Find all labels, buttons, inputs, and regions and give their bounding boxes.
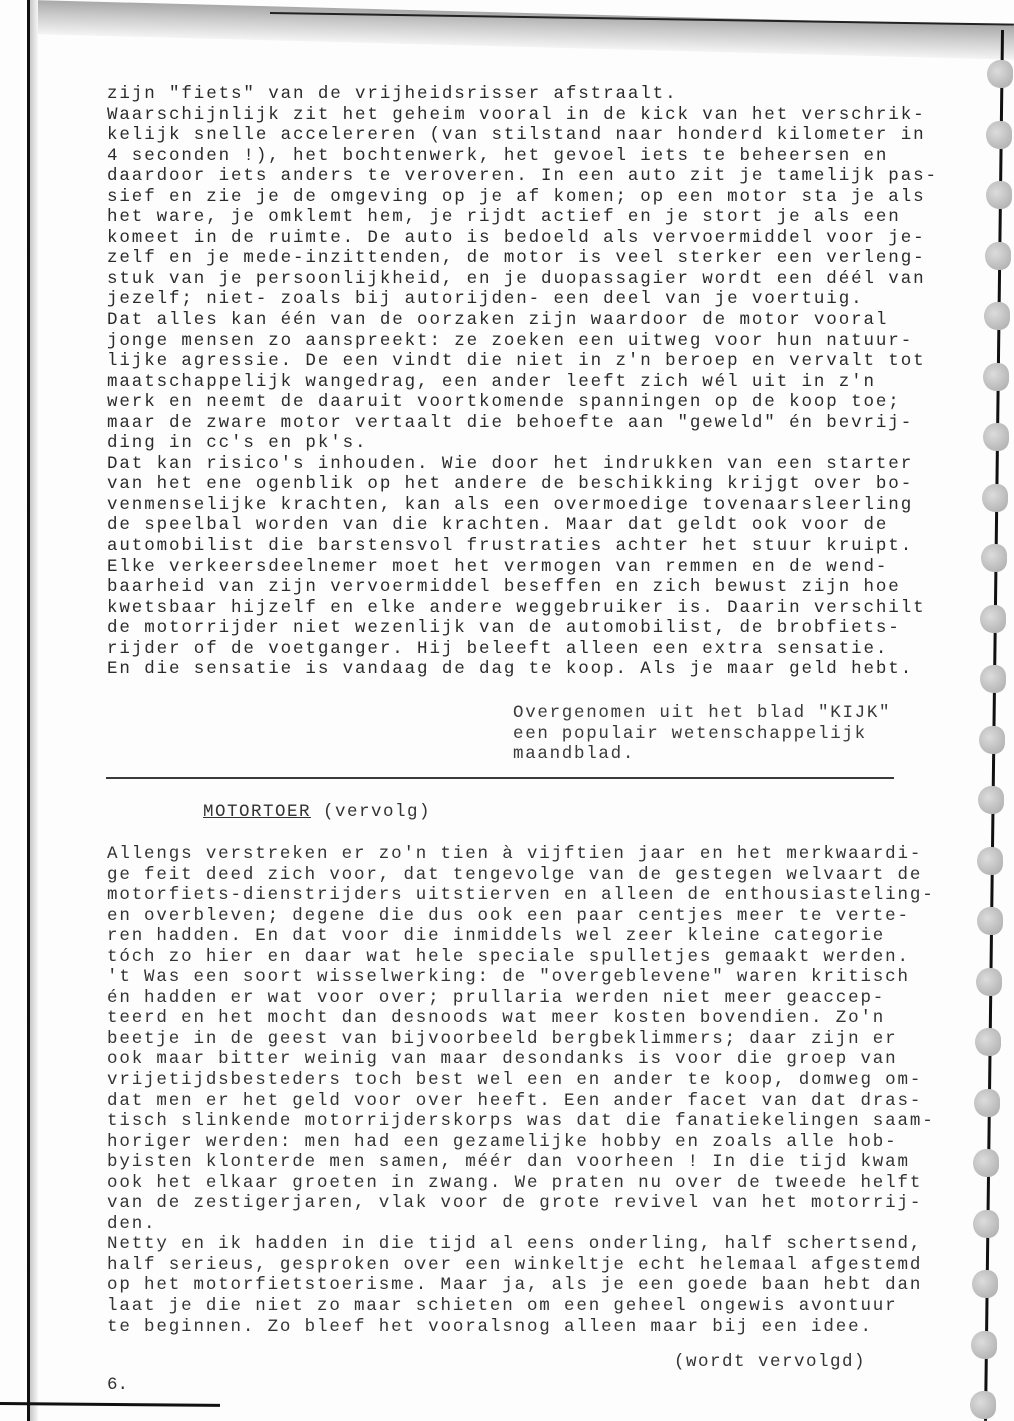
- text-line: automobilist die barstensvol frustraties…: [107, 536, 947, 557]
- text-line: baarheid van zijn vervoermiddel beseffen…: [107, 577, 947, 598]
- text-line: den.: [107, 1214, 935, 1235]
- text-line: Allengs verstreken er zo'n tien à vijfti…: [107, 844, 935, 865]
- text-line: teerd en het mocht dan desnoods wat meer…: [107, 1008, 935, 1029]
- text-line: te beginnen. Zo bleef het vooralsnog all…: [107, 1317, 935, 1338]
- text-line: dat men er het geld voor over heeft. Een…: [107, 1091, 935, 1112]
- text-line: Waarschijnlijk zit het geheim vooral in …: [107, 105, 947, 126]
- text-line: de speelbal worden van die krachten. Maa…: [107, 515, 947, 536]
- top-page-shadow: [30, 0, 1014, 60]
- text-line: kelijk snelle accelereren (van stilstand…: [107, 125, 947, 146]
- article-heading: MOTORTOER (vervolg): [203, 802, 431, 822]
- text-line: maatschappelijk wangedrag, een ander lee…: [107, 372, 947, 393]
- punch-hole-icon: [983, 363, 1009, 391]
- text-line: vrijetijdsbesteders toch best wel een en…: [107, 1070, 935, 1091]
- to-be-continued: (wordt vervolgd): [674, 1352, 866, 1372]
- punch-hole-icon: [983, 423, 1009, 451]
- punch-hole-icon: [976, 968, 1002, 996]
- text-line: tóch zo hier en daar wat hele speciale s…: [107, 947, 935, 968]
- text-line: Dat kan risico's inhouden. Wie door het …: [107, 454, 947, 475]
- text-line: van de zestigerjaren, vlak voor de grote…: [107, 1193, 935, 1214]
- article-motortoer-body: Allengs verstreken er zo'n tien à vijfti…: [107, 844, 935, 1337]
- page-number: 6.: [107, 1375, 128, 1395]
- text-line: een populair wetenschappelijk: [513, 724, 891, 745]
- source-attribution: Overgenomen uit het blad "KIJK"een popul…: [513, 703, 891, 765]
- punch-hole-icon: [977, 847, 1003, 875]
- article-heading-title: MOTORTOER: [203, 802, 311, 822]
- punch-hole-icon: [978, 786, 1004, 814]
- text-line: én hadden er wat voor over; prullaria we…: [107, 988, 935, 1009]
- text-line: horiger werden: men had een gezamelijke …: [107, 1132, 935, 1153]
- text-line: ge feit deed zich voor, dat tengevolge v…: [107, 865, 935, 886]
- text-line: tisch slinkende motorrijderskorps was da…: [107, 1111, 935, 1132]
- text-line: zelf en je mede-inzittenden, de motor is…: [107, 248, 947, 269]
- punch-hole-icon: [986, 181, 1012, 209]
- punch-hole-icon: [974, 1089, 1000, 1117]
- punch-hole-icon: [984, 302, 1010, 330]
- article-kijk-body: zijn "fiets" van de vrijheidsrisser afst…: [107, 84, 947, 680]
- text-line: van het ene ogenblik op het andere de be…: [107, 474, 947, 495]
- text-line: Netty en ik hadden in die tijd al eens o…: [107, 1234, 935, 1255]
- text-line: op het motorfietstoerisme. Maar ja, als …: [107, 1275, 935, 1296]
- left-page-shadow: [30, 0, 38, 1421]
- punch-hole-icon: [972, 1270, 998, 1298]
- text-line: Overgenomen uit het blad "KIJK": [513, 703, 891, 724]
- text-line: sief en zie je de omgeving op je af kome…: [107, 187, 947, 208]
- text-line: werk en neemt de daaruit voortkomende sp…: [107, 392, 947, 413]
- text-line: stuk van je persoonlijkheid, en je duopa…: [107, 269, 947, 290]
- text-line: zijn "fiets" van de vrijheidsrisser afst…: [107, 84, 947, 105]
- text-line: kwetsbaar hijzelf en elke andere weggebr…: [107, 598, 947, 619]
- text-line: maandblad.: [513, 744, 891, 765]
- text-line: venmenselijke krachten, kan als een over…: [107, 495, 947, 516]
- text-line: jezelf; niet- zoals bij autorijden- een …: [107, 289, 947, 310]
- text-line: ren hadden. En dat voor die inmiddels we…: [107, 926, 935, 947]
- text-line: half serieus, gesproken over een winkelt…: [107, 1255, 935, 1276]
- text-line: maar de zware motor vertaalt die behoeft…: [107, 413, 947, 434]
- text-line: jonge mensen zo aanspreekt: ze zoeken ee…: [107, 331, 947, 352]
- text-line: ook maar bitter weinig van maar desondan…: [107, 1049, 935, 1070]
- text-line: beetje in de geest van bijvoorbeeld berg…: [107, 1029, 935, 1050]
- punch-hole-icon: [971, 1331, 997, 1359]
- text-line: laat je die niet zo maar schieten om een…: [107, 1296, 935, 1317]
- text-line: lijke agressie. De een vindt die niet in…: [107, 351, 947, 372]
- punch-hole-icon: [980, 605, 1006, 633]
- text-line: het ware, je omklemt hem, je rijdt actie…: [107, 207, 947, 228]
- text-line: daardoor iets anders te veroveren. In ee…: [107, 166, 947, 187]
- punch-hole-icon: [977, 907, 1003, 935]
- text-line: de motorrijder niet wezenlijk van de aut…: [107, 618, 947, 639]
- text-line: 4 seconden !), het bochtenwerk, het gevo…: [107, 146, 947, 167]
- punch-hole-icon: [973, 1210, 999, 1238]
- text-line: en overbleven; degene die dus ook een pa…: [107, 906, 935, 927]
- punch-hole-icon: [970, 1391, 996, 1419]
- punch-hole-icon: [975, 1028, 1001, 1056]
- scanned-page: zijn "fiets" van de vrijheidsrisser afst…: [0, 0, 1014, 1421]
- text-line: byisten klonterde men samen, méér dan vo…: [107, 1152, 935, 1173]
- text-line: rijder of de voetganger. Hij beleeft all…: [107, 639, 947, 660]
- text-line: ding in cc's en pk's.: [107, 433, 947, 454]
- punch-hole-icon: [979, 726, 1005, 754]
- punch-hole-icon: [981, 544, 1007, 572]
- punch-hole-icon: [987, 60, 1013, 88]
- text-line: ook het elkaar groeten in zwang. We prat…: [107, 1173, 935, 1194]
- punch-hole-icon: [982, 484, 1008, 512]
- text-line: motorfiets-dienstrijders uitstierven en …: [107, 885, 935, 906]
- text-line: komeet in de ruimte. De auto is bedoeld …: [107, 228, 947, 249]
- text-line: Elke verkeersdeelnemer moet het vermogen…: [107, 557, 947, 578]
- text-line: En die sensatie is vandaag de dag te koo…: [107, 659, 947, 680]
- punch-hole-icon: [986, 121, 1012, 149]
- punch-hole-icon: [973, 1149, 999, 1177]
- text-line: Dat alles kan één van de oorzaken zijn w…: [107, 310, 947, 331]
- section-divider: [106, 777, 894, 779]
- text-line: 't Was een soort wisselwerking: de "over…: [107, 967, 935, 988]
- punch-hole-icon: [980, 665, 1006, 693]
- article-heading-suffix: (vervolg): [311, 802, 431, 822]
- punch-hole-icon: [985, 242, 1011, 270]
